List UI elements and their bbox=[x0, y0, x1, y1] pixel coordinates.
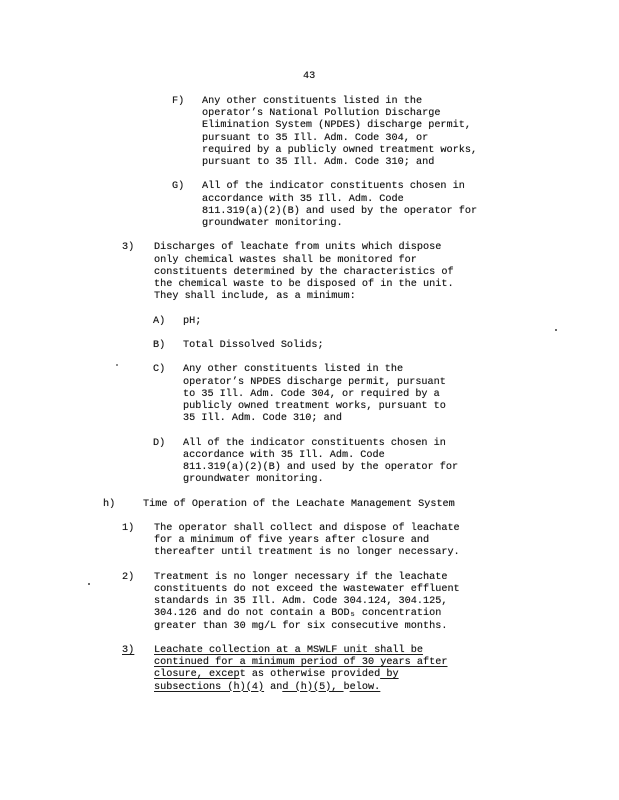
item-B: B) Total Dissolved Solids; bbox=[0, 340, 619, 352]
text-line: for a minimum of five years after closur… bbox=[154, 535, 619, 547]
text-line: Total Dissolved Solids; bbox=[183, 340, 619, 352]
text-line: The operator shall collect and dispose o… bbox=[154, 523, 619, 535]
item-h3-label: 3) bbox=[122, 645, 134, 657]
text-line: Time of Operation of the Leachate Manage… bbox=[143, 499, 619, 511]
text-line: All of the indicator constituents chosen… bbox=[183, 438, 619, 450]
item-B-label: B) bbox=[153, 340, 165, 352]
item-3-chemical-wastes: 3) Discharges of leachate from units whi… bbox=[0, 242, 619, 303]
text-line: continued for a minimum period of 30 yea… bbox=[154, 657, 619, 669]
text-line: pursuant to 35 Ill. Adm. Code 310; and bbox=[202, 157, 619, 169]
item-D: D) All of the indicator constituents cho… bbox=[0, 438, 619, 487]
text-line: accordance with 35 Ill. Adm. Code bbox=[202, 194, 619, 206]
scanned-document-page: 43 F) Any other constituents listed in t… bbox=[0, 0, 619, 800]
item-F: F) Any other constituents listed in the … bbox=[0, 96, 619, 169]
scan-artifact-dot bbox=[116, 364, 118, 366]
subsection-h-heading: h) Time of Operation of the Leachate Man… bbox=[0, 499, 619, 511]
item-h1: 1) The operator shall collect and dispos… bbox=[0, 523, 619, 560]
item-D-label: D) bbox=[153, 438, 165, 450]
text-line: required by a publicly owned treatment w… bbox=[202, 145, 619, 157]
page-number: 43 bbox=[303, 71, 315, 83]
item-A-label: A) bbox=[153, 316, 165, 328]
text-line: pursuant to 35 Ill. Adm. Code 304, or bbox=[202, 133, 619, 145]
text-line: Any other constituents listed in the bbox=[202, 96, 619, 108]
document-body: F) Any other constituents listed in the … bbox=[0, 96, 619, 706]
text-line: publicly owned treatment works, pursuant… bbox=[183, 401, 619, 413]
text-line: groundwater monitoring. bbox=[183, 474, 619, 486]
text-line: operator’s NPDES discharge permit, pursu… bbox=[183, 377, 619, 389]
subsection-h-label: h) bbox=[103, 499, 115, 511]
text-line: pH; bbox=[183, 316, 619, 328]
text-line: 811.319(a)(2)(B) and used by the operato… bbox=[202, 206, 619, 218]
text-line: closure, except as otherwise provided by bbox=[154, 669, 619, 681]
underlined-segment: elow. bbox=[350, 682, 381, 693]
text-line: All of the indicator constituents chosen… bbox=[202, 181, 619, 193]
item-C-label: C) bbox=[153, 364, 165, 376]
text-line: thereafter until treatment is no longer … bbox=[154, 547, 619, 559]
text-line: Treatment is no longer necessary if the … bbox=[154, 572, 619, 584]
text-line: Any other constituents listed in the bbox=[183, 364, 619, 376]
item-G-label: G) bbox=[172, 181, 184, 193]
item-C: C) Any other constituents listed in the … bbox=[0, 364, 619, 425]
underlined-segment: closure, excep bbox=[154, 669, 240, 680]
text-line: constituents determined by the character… bbox=[154, 267, 619, 279]
item-h2-label: 2) bbox=[122, 572, 134, 584]
text-line: 304.126 and do not contain a BOD₅ concen… bbox=[154, 608, 619, 620]
text-line: to 35 Ill. Adm. Code 304, or required by… bbox=[183, 389, 619, 401]
underlined-segment: subsections (h)(4) bbox=[154, 682, 264, 693]
item-A: A) pH; bbox=[0, 316, 619, 328]
item-F-label: F) bbox=[172, 96, 184, 108]
item-h1-label: 1) bbox=[122, 523, 134, 535]
text-line: 35 Ill. Adm. Code 310; and bbox=[183, 413, 619, 425]
text-line: accordance with 35 Ill. Adm. Code bbox=[183, 450, 619, 462]
text-line: greater than 30 mg/L for six consecutive… bbox=[154, 621, 619, 633]
text-line: standards in 35 Ill. Adm. Code 304.124, … bbox=[154, 596, 619, 608]
text-line: the chemical waste to be disposed of in … bbox=[154, 279, 619, 291]
item-h3-underlined-amendment: 3) Leachate collection at a MSWLF unit s… bbox=[0, 645, 619, 694]
underlined-segment: d (h)(5), bbox=[282, 682, 343, 693]
text-line: operator’s National Pollution Discharge bbox=[202, 108, 619, 120]
scan-artifact-dot bbox=[88, 583, 90, 585]
underlined-segment: by bbox=[380, 669, 398, 680]
text-line: constituents do not exceed the wastewate… bbox=[154, 584, 619, 596]
text-line: groundwater monitoring. bbox=[202, 218, 619, 230]
item-3-label: 3) bbox=[122, 242, 134, 254]
item-h2: 2) Treatment is no longer necessary if t… bbox=[0, 572, 619, 633]
item-G: G) All of the indicator constituents cho… bbox=[0, 181, 619, 230]
text-line: They shall include, as a minimum: bbox=[154, 291, 619, 303]
text-line: subsections (h)(4) and (h)(5), below. bbox=[154, 682, 619, 694]
text-line: Elimination System (NPDES) discharge per… bbox=[202, 120, 619, 132]
text-line: Leachate collection at a MSWLF unit shal… bbox=[154, 645, 619, 657]
text-segment: t as otherwise provided bbox=[240, 669, 381, 680]
text-segment: an bbox=[264, 682, 282, 693]
text-line: Discharges of leachate from units which … bbox=[154, 242, 619, 254]
text-line: only chemical wastes shall be monitored … bbox=[154, 255, 619, 267]
text-line: 811.319(a)(2)(B) and used by the operato… bbox=[183, 462, 619, 474]
scan-artifact-dot bbox=[555, 329, 557, 331]
